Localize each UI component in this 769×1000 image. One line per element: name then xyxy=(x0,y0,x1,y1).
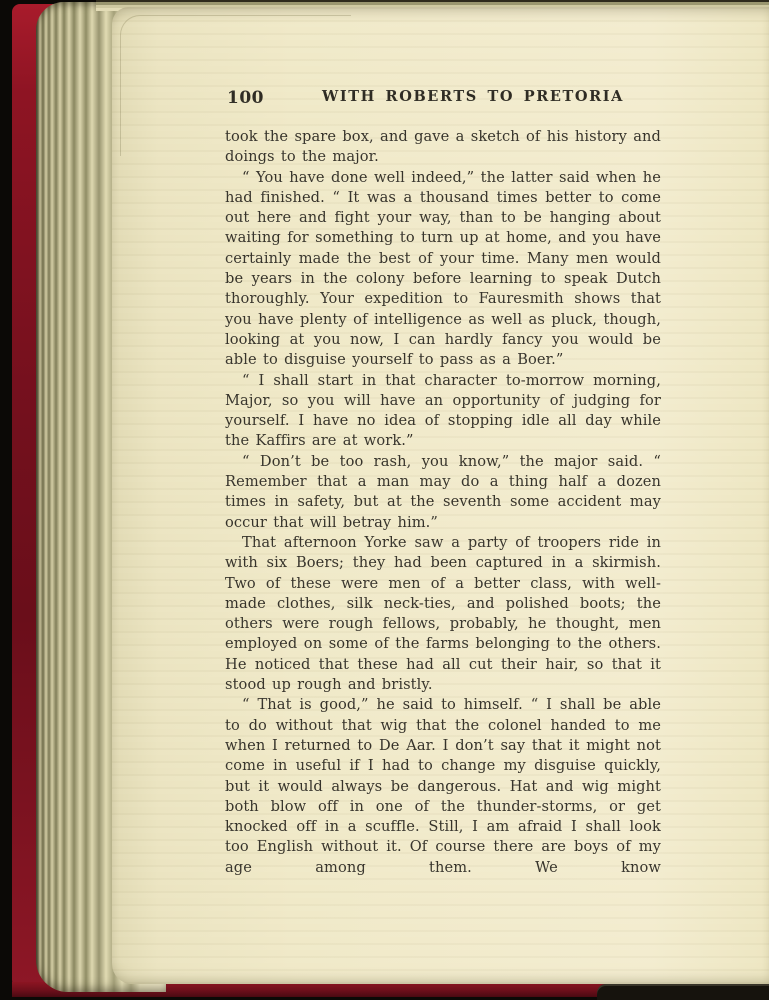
page-content: 100 WITH ROBERTS TO PRETORIA took the sp… xyxy=(112,7,661,878)
paragraph: “ You have done well indeed,” the latter… xyxy=(225,168,661,371)
paragraph: “ That is good,” he said to himself. “ I… xyxy=(225,695,661,878)
page-header: 100 WITH ROBERTS TO PRETORIA xyxy=(225,88,661,110)
paragraph: That afternoon Yorke saw a party of troo… xyxy=(225,533,661,695)
paragraph: “ I shall start in that character to-mor… xyxy=(225,371,661,452)
book-page: 100 WITH ROBERTS TO PRETORIA took the sp… xyxy=(112,7,769,984)
page-number: 100 xyxy=(227,88,264,108)
desk-shadow xyxy=(597,984,769,1000)
paragraph: took the spare box, and gave a sketch of… xyxy=(225,127,661,168)
paragraph: “ Don’t be too rash, you know,” the majo… xyxy=(225,452,661,533)
running-title: WITH ROBERTS TO PRETORIA xyxy=(225,88,661,105)
page-text-block: took the spare box, and gave a sketch of… xyxy=(225,127,661,878)
book-photo: 100 WITH ROBERTS TO PRETORIA took the sp… xyxy=(0,0,769,1000)
